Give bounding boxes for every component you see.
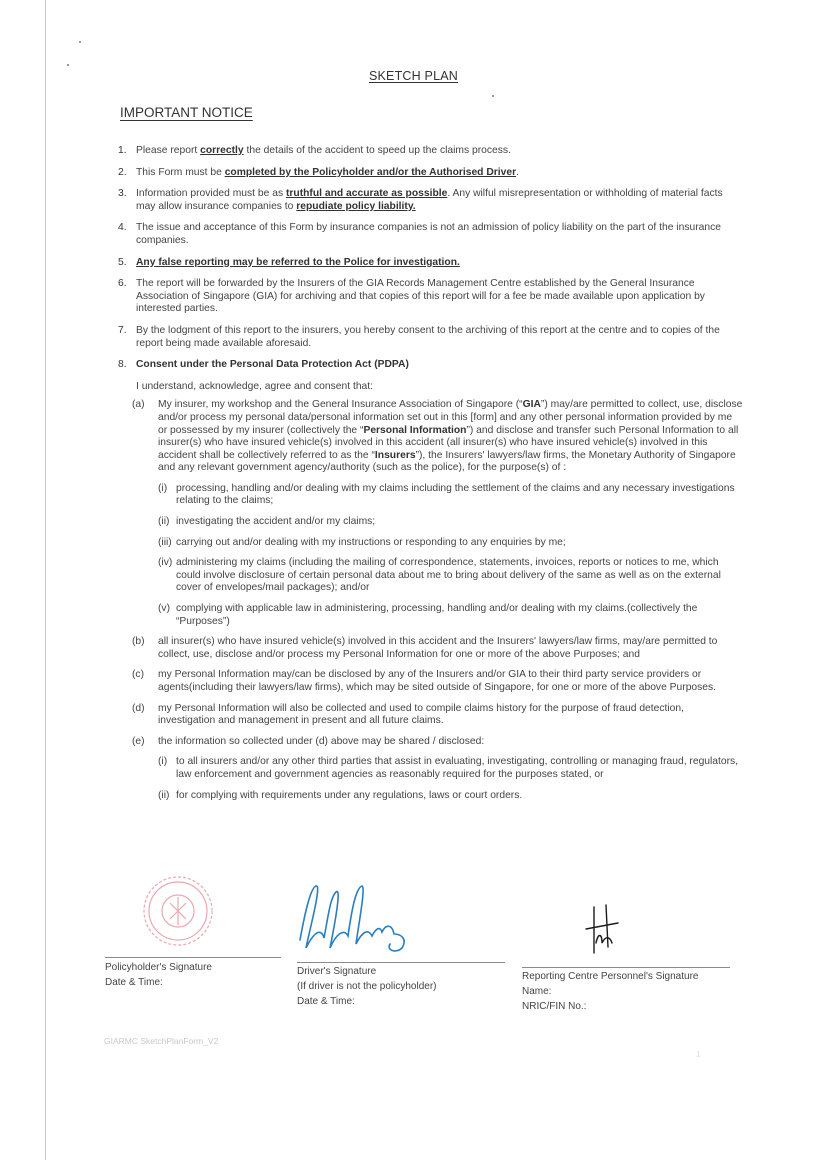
clause-label: (a) bbox=[132, 399, 158, 475]
clause-text: my Personal Information will also be col… bbox=[158, 703, 743, 728]
subclause-text: processing, handling and/or dealing with… bbox=[176, 483, 743, 508]
subclause-label: (i) bbox=[158, 483, 176, 508]
text-run: all insurer(s) who have insured vehicle(… bbox=[158, 636, 717, 660]
item-number: 5. bbox=[118, 257, 136, 270]
pdpa-clause: (d)my Personal Information will also be … bbox=[132, 703, 743, 728]
subclause-text: administering my claims (including the m… bbox=[176, 557, 743, 595]
text-run: Please report bbox=[136, 145, 200, 156]
page-title: SKETCH PLAN bbox=[0, 69, 827, 83]
text-run: correctly bbox=[200, 145, 244, 156]
clause-label: (e) bbox=[132, 736, 158, 749]
item-text: This Form must be completed by the Polic… bbox=[136, 167, 743, 180]
driver-signature-block: Driver's Signature (If driver is not the… bbox=[297, 964, 437, 1009]
scan-speck bbox=[79, 41, 81, 43]
text-run: Insurers bbox=[375, 450, 416, 461]
pdpa-subclause: (i)to all insurers and/or any other thir… bbox=[158, 756, 743, 781]
subclause-label: (ii) bbox=[158, 790, 176, 803]
text-run: the information so collected under (d) a… bbox=[158, 736, 484, 747]
clause-label: (b) bbox=[132, 636, 158, 661]
item-number: 6. bbox=[118, 278, 136, 316]
clause-text: my Personal Information may/can be discl… bbox=[158, 669, 743, 694]
notice-item: 4.The issue and acceptance of this Form … bbox=[118, 222, 743, 247]
item-text: The report will be forwarded by the Insu… bbox=[136, 278, 743, 316]
notice-item: 5.Any false reporting may be referred to… bbox=[118, 257, 743, 270]
scan-speck bbox=[492, 95, 494, 97]
text-run: Any false reporting may be referred to t… bbox=[136, 257, 460, 268]
notice-item: 3.Information provided must be as truthf… bbox=[118, 188, 743, 213]
reporting-signature-icon bbox=[582, 903, 622, 955]
pdpa-subclause: (iii)carrying out and/or dealing with my… bbox=[158, 537, 743, 550]
item-text: Information provided must be as truthful… bbox=[136, 188, 743, 213]
clause-label: (d) bbox=[132, 703, 158, 728]
pdpa-clause: (a)My insurer, my workshop and the Gener… bbox=[132, 399, 743, 475]
text-run: the details of the accident to speed up … bbox=[244, 145, 511, 156]
reporting-name-label: Name: bbox=[522, 984, 698, 999]
text-run: The issue and acceptance of this Form by… bbox=[136, 222, 721, 246]
text-run: truthful and accurate as possible bbox=[286, 188, 447, 199]
notice-item: 7.By the lodgment of this report to the … bbox=[118, 325, 743, 350]
reporting-signature-line bbox=[522, 967, 730, 968]
reporting-signature-block: Reporting Centre Personnel's Signature N… bbox=[522, 969, 698, 1014]
text-run: Consent under the Personal Data Protecti… bbox=[136, 359, 409, 370]
text-run: . bbox=[516, 167, 519, 178]
scan-edge-line bbox=[45, 0, 46, 1160]
subclause-label: (ii) bbox=[158, 516, 176, 529]
text-run: GIA bbox=[523, 399, 541, 410]
driver-note: (If driver is not the policyholder) bbox=[297, 979, 437, 994]
scan-speck bbox=[67, 64, 69, 66]
subclause-text: to all insurers and/or any other third p… bbox=[176, 756, 743, 781]
item-number: 8. bbox=[118, 359, 136, 372]
policyholder-signature-label: Policyholder's Signature bbox=[105, 960, 212, 975]
subclause-text: for complying with requirements under an… bbox=[176, 790, 743, 803]
pdpa-subclause: (i)processing, handling and/or dealing w… bbox=[158, 483, 743, 508]
policyholder-signature-block: Policyholder's Signature Date & Time: bbox=[105, 960, 212, 990]
notice-item: 2.This Form must be completed by the Pol… bbox=[118, 167, 743, 180]
notice-item: 6.The report will be forwarded by the In… bbox=[118, 278, 743, 316]
text-run: my Personal Information will also be col… bbox=[158, 703, 684, 727]
notice-heading: IMPORTANT NOTICE bbox=[120, 105, 253, 120]
subclause-text: investigating the accident and/or my cla… bbox=[176, 516, 743, 529]
clause-text: all insurer(s) who have insured vehicle(… bbox=[158, 636, 743, 661]
page-number: 1 bbox=[696, 1050, 700, 1059]
pdpa-clause: (e)the information so collected under (d… bbox=[132, 736, 743, 749]
text-run: The report will be forwarded by the Insu… bbox=[136, 278, 705, 314]
reporting-nric-label: NRIC/FIN No.: bbox=[522, 999, 698, 1014]
text-run: Personal Information bbox=[363, 425, 466, 436]
notice-item: 1.Please report correctly the details of… bbox=[118, 145, 743, 158]
driver-signature-label: Driver's Signature bbox=[297, 964, 437, 979]
text-run: repudiate policy liability. bbox=[296, 201, 415, 212]
policyholder-date-label: Date & Time: bbox=[105, 975, 212, 990]
item-number: 3. bbox=[118, 188, 136, 213]
pdpa-clause: (b)all insurer(s) who have insured vehic… bbox=[132, 636, 743, 661]
pdpa-subclause: (iv)administering my claims (including t… bbox=[158, 557, 743, 595]
subclause-text: complying with applicable law in adminis… bbox=[176, 603, 743, 628]
item-number: 1. bbox=[118, 145, 136, 158]
text-run: This Form must be bbox=[136, 167, 225, 178]
text-run: Information provided must be as bbox=[136, 188, 286, 199]
text-run: my Personal Information may/can be discl… bbox=[158, 669, 716, 693]
text-run: By the lodgment of this report to the in… bbox=[136, 325, 720, 349]
item-text: By the lodgment of this report to the in… bbox=[136, 325, 743, 350]
company-stamp-icon bbox=[140, 873, 216, 949]
item-text: Please report correctly the details of t… bbox=[136, 145, 743, 158]
pdpa-subclause: (v)complying with applicable law in admi… bbox=[158, 603, 743, 628]
subclause-label: (iii) bbox=[158, 537, 176, 550]
pdpa-clause: (c)my Personal Information may/can be di… bbox=[132, 669, 743, 694]
reporting-signature-label: Reporting Centre Personnel's Signature bbox=[522, 969, 698, 984]
subclause-label: (v) bbox=[158, 603, 176, 628]
driver-date-label: Date & Time: bbox=[297, 994, 437, 1009]
pdpa-subclause: (ii)for complying with requirements unde… bbox=[158, 790, 743, 803]
subclause-label: (i) bbox=[158, 756, 176, 781]
clause-label: (c) bbox=[132, 669, 158, 694]
pdpa-intro: I understand, acknowledge, agree and con… bbox=[136, 381, 743, 394]
text-run: My insurer, my workshop and the General … bbox=[158, 399, 523, 410]
item-text: Consent under the Personal Data Protecti… bbox=[136, 359, 743, 372]
item-number: 4. bbox=[118, 222, 136, 247]
subclause-label: (iv) bbox=[158, 557, 176, 595]
item-text: The issue and acceptance of this Form by… bbox=[136, 222, 743, 247]
driver-signature-line bbox=[297, 962, 505, 963]
form-footer: GIARMC SketchPlanForm_V2 bbox=[104, 1036, 218, 1046]
driver-signature-icon bbox=[296, 878, 416, 958]
clause-text: the information so collected under (d) a… bbox=[158, 736, 743, 749]
text-run: completed by the Policyholder and/or the… bbox=[225, 167, 516, 178]
notice-body: 1.Please report correctly the details of… bbox=[118, 145, 743, 810]
clause-text: My insurer, my workshop and the General … bbox=[158, 399, 743, 475]
item-number: 2. bbox=[118, 167, 136, 180]
pdpa-clauses: (a)My insurer, my workshop and the Gener… bbox=[118, 399, 743, 802]
item-number: 7. bbox=[118, 325, 136, 350]
notice-item: 8.Consent under the Personal Data Protec… bbox=[118, 359, 743, 372]
notice-list: 1.Please report correctly the details of… bbox=[118, 145, 743, 372]
subclause-text: carrying out and/or dealing with my inst… bbox=[176, 537, 743, 550]
pdpa-subclause: (ii)investigating the accident and/or my… bbox=[158, 516, 743, 529]
policyholder-signature-line bbox=[105, 957, 281, 958]
item-text: Any false reporting may be referred to t… bbox=[136, 257, 743, 270]
